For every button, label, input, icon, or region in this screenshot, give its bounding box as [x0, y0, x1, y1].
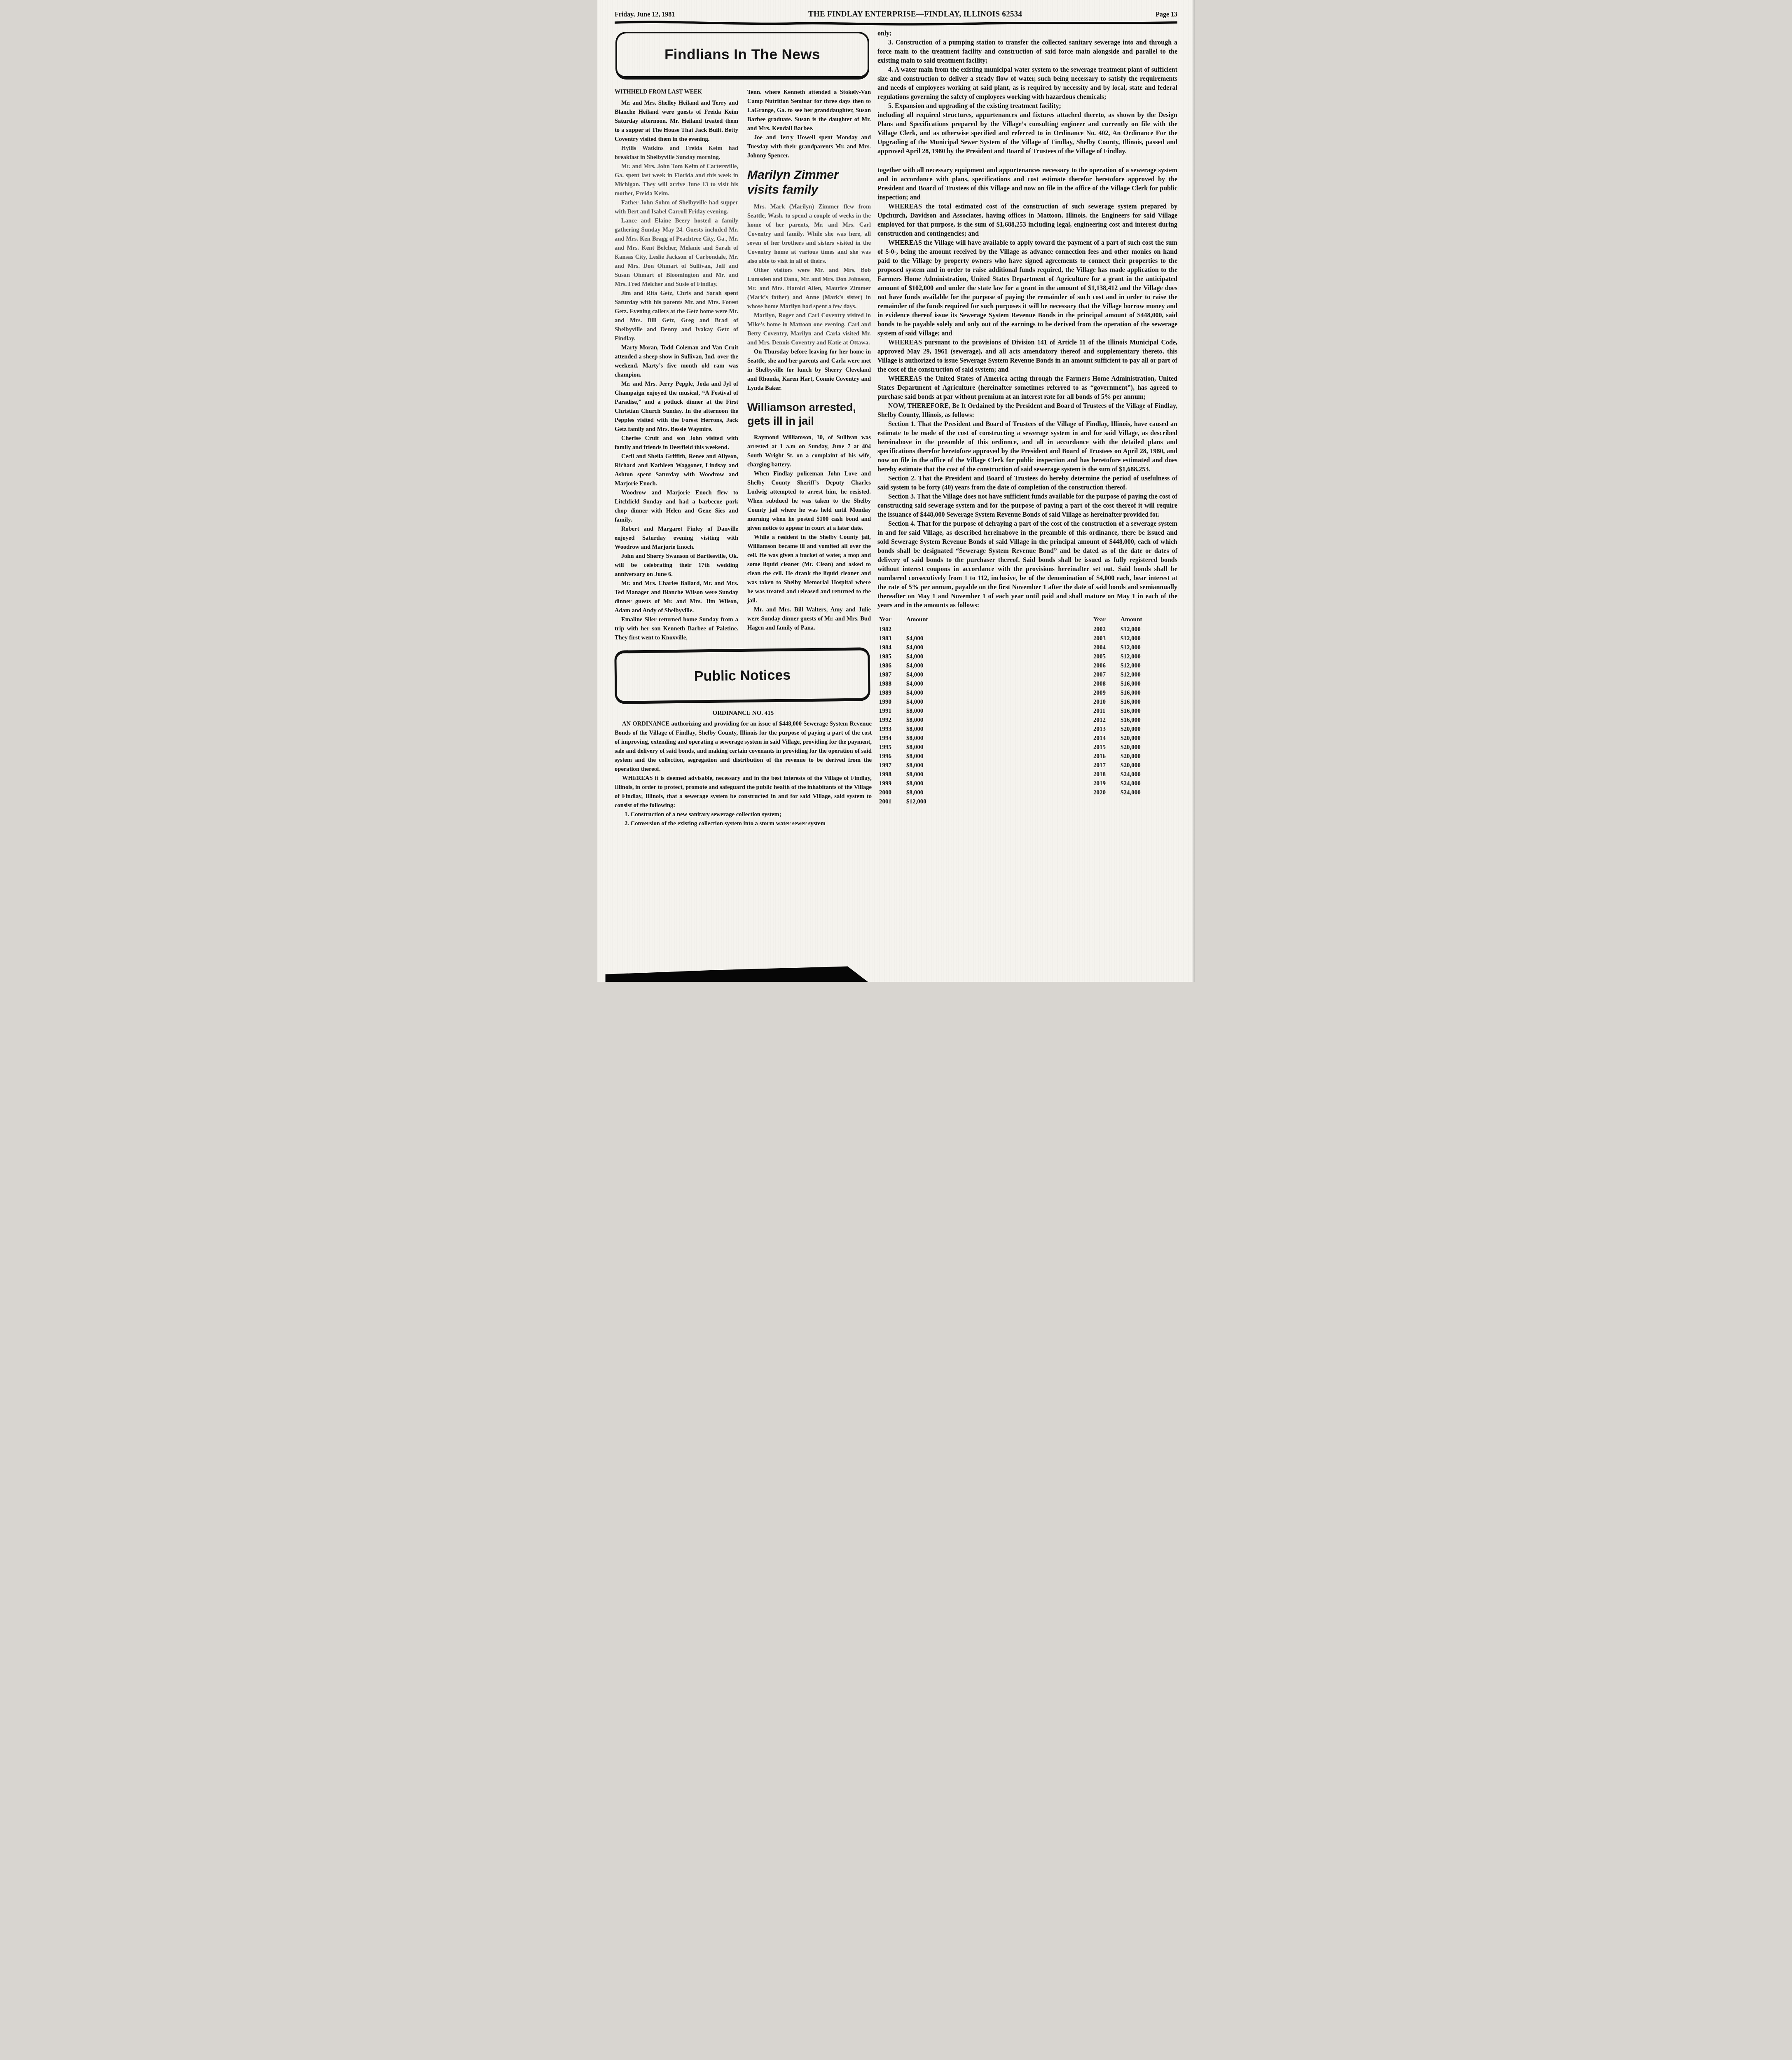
ordinance-paragraph: AN ORDINANCE authorizing and providing f… [615, 719, 872, 774]
year-cell: 2016 [1093, 752, 1121, 761]
public-notices-box: Public Notices [614, 647, 870, 704]
bond-table-right-rows: 2002 $12,000 2003 $12,000 2004 $12 [1093, 625, 1172, 797]
legal-paragraph: Section 3. That the Village does not hav… [877, 492, 1177, 520]
table-row: 1998 $8,000 [879, 770, 957, 779]
year-column-header: Year [1093, 615, 1121, 624]
amount-cell: $20,000 [1121, 743, 1166, 752]
findlians-box: Findlians In The News [615, 32, 869, 80]
year-cell: 2011 [1093, 707, 1121, 716]
legal-paragraph: WHEREAS the total estimated cost of the … [877, 202, 1177, 239]
year-cell: 1985 [879, 652, 906, 661]
news-column-2-intro: Tenn. where Kenneth attended a Stokely-V… [747, 88, 871, 160]
year-cell: 2015 [1093, 743, 1121, 752]
news-column-2: Tenn. where Kenneth attended a Stokely-V… [747, 88, 871, 642]
table-row: 2002 $12,000 [1093, 625, 1172, 634]
year-cell: 1983 [879, 634, 906, 643]
amount-cell: $12,000 [906, 797, 952, 806]
year-cell: 2006 [1093, 661, 1121, 670]
year-cell: 2014 [1093, 734, 1121, 743]
year-cell: 2010 [1093, 698, 1121, 707]
year-cell: 2003 [1093, 634, 1121, 643]
table-row: 2006 $12,000 [1093, 661, 1172, 670]
year-cell: 2005 [1093, 652, 1121, 661]
table-row: 1993 $8,000 [879, 725, 957, 734]
table-row: 1991 $8,000 [879, 707, 957, 716]
amount-cell: $4,000 [906, 643, 952, 652]
table-row: 2017 $20,000 [1093, 761, 1172, 770]
year-cell: 1984 [879, 643, 906, 652]
table-row: 2019 $24,000 [1093, 779, 1172, 788]
legal-paragraph: Section 2. That the President and Board … [877, 474, 1177, 492]
newspaper-page: Friday, June 12, 1981 THE FINDLAY ENTERP… [597, 0, 1195, 982]
table-row: 2004 $12,000 [1093, 643, 1172, 652]
amount-cell: $8,000 [906, 734, 952, 743]
bond-table-left: Year Amount 1982 1983 [879, 615, 957, 806]
page-content: Findlians In The News WITHHELD FROM LAST… [615, 29, 1177, 828]
table-row: 1994 $8,000 [879, 734, 957, 743]
year-cell: 1991 [879, 707, 906, 716]
year-cell: 2017 [1093, 761, 1121, 770]
year-cell: 1982 [879, 625, 906, 634]
amount-cell: $24,000 [1121, 770, 1166, 779]
news-column-1: WITHHELD FROM LAST WEEK Mr. and Mrs. She… [615, 88, 738, 642]
news-paragraph: Jim and Rita Getz, Chris and Sarah spent… [615, 289, 738, 343]
news-paragraph: Mr. and Mrs. Charles Ballard, Mr. and Mr… [615, 579, 738, 615]
legal-paragraph: together with all necessary equipment an… [877, 166, 1177, 202]
amount-cell: $20,000 [1121, 725, 1166, 734]
table-row: 2018 $24,000 [1093, 770, 1172, 779]
year-cell: 2008 [1093, 679, 1121, 688]
table-row: 2012 $16,000 [1093, 716, 1172, 725]
table-row: 1985 $4,000 [879, 652, 957, 661]
news-columns: WITHHELD FROM LAST WEEK Mr. and Mrs. She… [615, 88, 872, 642]
news-paragraph: When Findlay policeman John Love and She… [747, 469, 871, 533]
year-cell: 1986 [879, 661, 906, 670]
amount-cell: $4,000 [906, 634, 952, 643]
table-row: 1995 $8,000 [879, 743, 957, 752]
year-cell: 2013 [1093, 725, 1121, 734]
table-row: 1982 [879, 625, 957, 634]
bond-table-left-header: Year Amount [879, 615, 957, 624]
table-row: 1996 $8,000 [879, 752, 957, 761]
news-paragraph: Father John Sohm of Shelbyville had supp… [615, 198, 738, 216]
news-paragraph: Tenn. where Kenneth attended a Stokely-V… [747, 88, 871, 133]
legal-paragraph: WHEREAS pursuant to the provisions of Di… [877, 338, 1177, 375]
legal-paragraph: 3. Construction of a pumping station to … [877, 38, 1177, 66]
year-cell: 2009 [1093, 688, 1121, 698]
amount-cell: $8,000 [906, 707, 952, 716]
news-paragraph: Mr. and Mrs. Jerry Pepple, Joda and Jyl … [615, 379, 738, 434]
amount-cell: $24,000 [1121, 779, 1166, 788]
news-paragraph: Cecil and Sheila Griffith, Renee and All… [615, 452, 738, 488]
news-paragraph: Robert and Margaret Finley of Danville e… [615, 524, 738, 552]
year-cell: 2007 [1093, 670, 1121, 679]
table-row: 2013 $20,000 [1093, 725, 1172, 734]
amount-cell: $8,000 [906, 752, 952, 761]
table-row: 1983 $4,000 [879, 634, 957, 643]
table-row: 2014 $20,000 [1093, 734, 1172, 743]
year-cell: 2012 [1093, 716, 1121, 725]
year-cell: 1999 [879, 779, 906, 788]
legal-paragraph: including all required structures, appur… [877, 111, 1177, 156]
news-paragraph: Marilyn, Roger and Carl Coventry visited… [747, 311, 871, 347]
news-paragraph: While a resident in the Shelby County ja… [747, 533, 871, 605]
bottom-scan-bar [597, 962, 1001, 982]
news-paragraph: Mr. and Mrs. Shelley Heiland and Terry a… [615, 98, 738, 144]
amount-cell: $12,000 [1121, 634, 1166, 643]
amount-cell: $12,000 [1121, 643, 1166, 652]
zimmer-headline: Marilyn Zimmer visits family [747, 168, 871, 197]
news-paragraph: Mr. and Mrs. John Tom Keim of Cartersvil… [615, 162, 738, 198]
news-paragraph: Woodrow and Marjorie Enoch flew to Litch… [615, 488, 738, 524]
right-edge-shadow [1192, 0, 1195, 982]
news-paragraph: Raymond Williamson, 30, of Sullivan was … [747, 433, 871, 469]
amount-cell: $4,000 [906, 679, 952, 688]
year-cell: 1987 [879, 670, 906, 679]
legal-paragraph: 4. A water main from the existing munici… [877, 66, 1177, 102]
amount-column-header: Amount [906, 615, 952, 624]
amount-cell: $8,000 [906, 761, 952, 770]
table-row: 2008 $16,000 [1093, 679, 1172, 688]
left-half: Findlians In The News WITHHELD FROM LAST… [615, 29, 872, 828]
page-number: Page 13 [1156, 11, 1177, 19]
news-paragraph: Emaline Siler returned home Sunday from … [615, 615, 738, 642]
amount-cell: $16,000 [1121, 707, 1166, 716]
table-row: 2009 $16,000 [1093, 688, 1172, 698]
ordinance-number: ORDINANCE NO. 415 [615, 710, 872, 717]
year-cell: 1989 [879, 688, 906, 698]
ordinance-section: AN ORDINANCE authorizing and providing f… [615, 719, 872, 828]
news-paragraph: Mr. and Mrs. Bill Walters, Amy and Julie… [747, 605, 871, 632]
news-paragraph: Lance and Elaine Beery hosted a family g… [615, 216, 738, 289]
amount-cell: $8,000 [906, 725, 952, 734]
legal-paragraph: 5. Expansion and upgrading of the existi… [877, 102, 1177, 111]
amount-cell: $12,000 [1121, 652, 1166, 661]
amount-cell: $12,000 [1121, 670, 1166, 679]
news-paragraph: Hyllis Watkins and Freida Keim had break… [615, 144, 738, 162]
bond-table-right-header: Year Amount [1093, 615, 1172, 624]
year-cell: 1998 [879, 770, 906, 779]
table-row: 2011 $16,000 [1093, 707, 1172, 716]
year-cell: 2019 [1093, 779, 1121, 788]
table-row: 1986 $4,000 [879, 661, 957, 670]
amount-cell: $8,000 [906, 716, 952, 725]
amount-cell: $12,000 [1121, 661, 1166, 670]
amount-cell: $20,000 [1121, 761, 1166, 770]
year-column-header: Year [879, 615, 906, 624]
table-row: 1984 $4,000 [879, 643, 957, 652]
table-row: 1988 $4,000 [879, 679, 957, 688]
amount-cell: $4,000 [906, 661, 952, 670]
page-header: Friday, June 12, 1981 THE FINDLAY ENTERP… [615, 10, 1177, 19]
amount-cell: $4,000 [906, 688, 952, 698]
table-row: 1989 $4,000 [879, 688, 957, 698]
news-paragraph: Marty Moran, Todd Coleman and Van Cruit … [615, 343, 738, 379]
bond-table: Year Amount 1982 1983 [877, 615, 1177, 806]
legal-paragraphs: only; 3. Construction of a pumping stati… [877, 29, 1177, 610]
amount-cell: $16,000 [1121, 679, 1166, 688]
amount-cell: $4,000 [906, 670, 952, 679]
year-cell: 1990 [879, 698, 906, 707]
amount-cell: $16,000 [1121, 716, 1166, 725]
bond-table-right: Year Amount 2002 $12,000 2003 [1093, 615, 1172, 806]
table-row: 2020 $24,000 [1093, 788, 1172, 797]
table-row: 2000 $8,000 [879, 788, 957, 797]
table-row: 1987 $4,000 [879, 670, 957, 679]
news-paragraph: Other visitors were Mr. and Mrs. Bob Lum… [747, 266, 871, 311]
amount-cell [906, 625, 952, 634]
year-cell: 2020 [1093, 788, 1121, 797]
legal-column: only; 3. Construction of a pumping stati… [877, 29, 1177, 828]
amount-cell: $8,000 [906, 779, 952, 788]
legal-paragraph: WHEREAS the United States of America act… [877, 375, 1177, 402]
header-rule [615, 19, 1177, 26]
news-paragraph: Mrs. Mark (Marilyn) Zimmer flew from Sea… [747, 202, 871, 266]
williamson-section: Raymond Williamson, 30, of Sullivan was … [747, 433, 871, 632]
table-row: 2003 $12,000 [1093, 634, 1172, 643]
legal-paragraph: WHEREAS the Village will have available … [877, 239, 1177, 338]
table-row: 1990 $4,000 [879, 698, 957, 707]
zimmer-section: Mrs. Mark (Marilyn) Zimmer flew from Sea… [747, 202, 871, 393]
table-row: 1992 $8,000 [879, 716, 957, 725]
masthead-title: THE FINDLAY ENTERPRISE—FINDLAY, ILLINOIS… [808, 10, 1022, 19]
year-cell: 1996 [879, 752, 906, 761]
table-row: 1999 $8,000 [879, 779, 957, 788]
news-paragraph: On Thursday before leaving for her home … [747, 347, 871, 393]
year-cell: 1997 [879, 761, 906, 770]
news-paragraph: Cherise Cruit and son John visited with … [615, 434, 738, 452]
amount-cell: $4,000 [906, 652, 952, 661]
year-cell: 2001 [879, 797, 906, 806]
year-cell: 2018 [1093, 770, 1121, 779]
year-cell: 2004 [1093, 643, 1121, 652]
table-row: 2016 $20,000 [1093, 752, 1172, 761]
table-row: 2007 $12,000 [1093, 670, 1172, 679]
legal-paragraph: Section 4. That for the purpose of defra… [877, 520, 1177, 610]
amount-cell: $12,000 [1121, 625, 1166, 634]
williamson-headline: Williamson arrested, gets ill in jail [747, 401, 871, 428]
findlians-title: Findlians In The News [664, 47, 820, 63]
table-row: 1997 $8,000 [879, 761, 957, 770]
issue-date: Friday, June 12, 1981 [615, 11, 675, 19]
ordinance-paragraph: 2. Conversion of the existing collection… [615, 819, 872, 828]
amount-cell: $8,000 [906, 788, 952, 797]
withheld-heading: WITHHELD FROM LAST WEEK [615, 88, 738, 97]
news-paragraph: John and Sherry Swanson of Bartlesville,… [615, 552, 738, 579]
amount-cell: $4,000 [906, 698, 952, 707]
legal-paragraph: Section 1. That the President and Board … [877, 420, 1177, 474]
legal-paragraph: only; [877, 29, 1177, 38]
year-cell: 2000 [879, 788, 906, 797]
news-paragraph: Joe and Jerry Howell spent Monday and Tu… [747, 133, 871, 160]
amount-cell: $16,000 [1121, 688, 1166, 698]
legal-paragraph: NOW, THEREFORE, Be It Ordained by the Pr… [877, 402, 1177, 420]
amount-cell: $8,000 [906, 743, 952, 752]
ordinance-paragraph: 1. Construction of a new sanitary sewera… [615, 810, 872, 819]
bond-table-left-rows: 1982 1983 $4,000 1984 $4,000 [879, 625, 957, 806]
amount-cell: $8,000 [906, 770, 952, 779]
table-row: 2005 $12,000 [1093, 652, 1172, 661]
amount-cell: $20,000 [1121, 734, 1166, 743]
table-row: 2010 $16,000 [1093, 698, 1172, 707]
amount-cell: $24,000 [1121, 788, 1166, 797]
public-notices-title: Public Notices [694, 667, 791, 684]
year-cell: 1994 [879, 734, 906, 743]
amount-cell: $20,000 [1121, 752, 1166, 761]
amount-column-header: Amount [1121, 615, 1166, 624]
year-cell: 1992 [879, 716, 906, 725]
year-cell: 1995 [879, 743, 906, 752]
year-cell: 1988 [879, 679, 906, 688]
ordinance-paragraph: WHEREAS it is deemed advisable, necessar… [615, 774, 872, 810]
year-cell: 2002 [1093, 625, 1121, 634]
year-cell: 1993 [879, 725, 906, 734]
table-row: 2001 $12,000 [879, 797, 957, 806]
table-row: 2015 $20,000 [1093, 743, 1172, 752]
amount-cell: $16,000 [1121, 698, 1166, 707]
